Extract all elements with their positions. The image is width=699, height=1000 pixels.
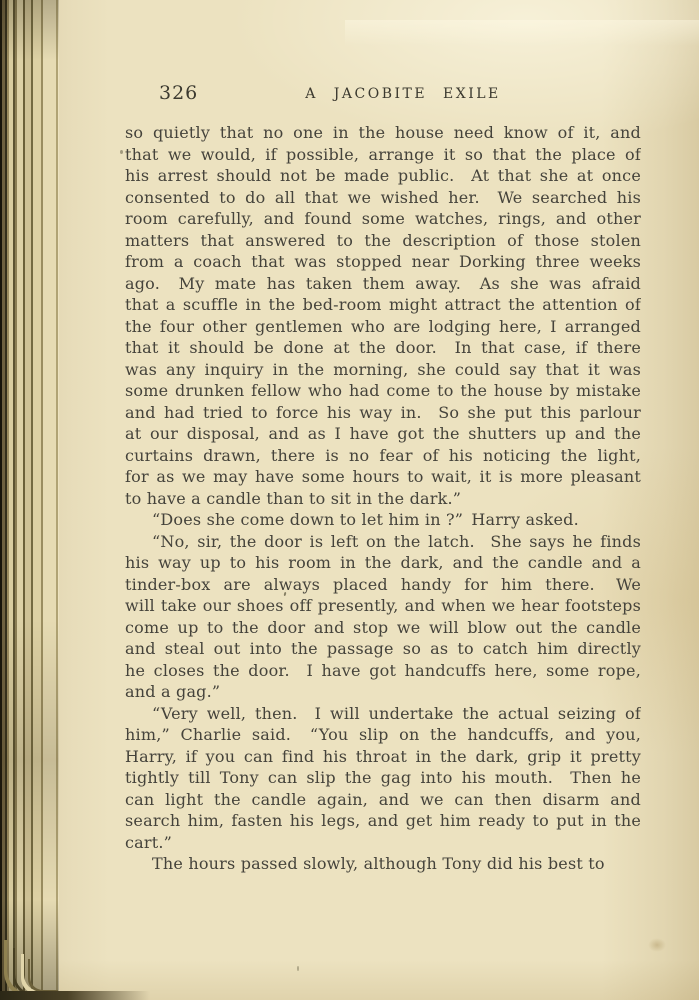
text-line: “Does she come down to let him in ?” Har… bbox=[125, 509, 641, 531]
text-line: room carefully, and found some watches, … bbox=[125, 208, 641, 230]
text-line: consented to do all that we wished her. … bbox=[125, 187, 641, 209]
paper-highlight bbox=[345, 20, 699, 46]
scanned-book-page: 326 A JACOBITE EXILE so quietly that no … bbox=[0, 0, 699, 1000]
text-line: from a coach that was stopped near Dorki… bbox=[125, 251, 641, 273]
running-header: 326 A JACOBITE EXILE bbox=[125, 82, 641, 106]
text-line: that we would, if possible, arrange it s… bbox=[125, 144, 641, 166]
text-line: him,” Charlie said. “You slip on the han… bbox=[125, 724, 641, 746]
text-line: Harry, if you can find his throat in the… bbox=[125, 746, 641, 768]
text-line: come up to the door and stop we will blo… bbox=[125, 617, 641, 639]
text-line: for as we may have some hours to wait, i… bbox=[125, 466, 641, 488]
text-line: and a gag.” bbox=[125, 681, 641, 703]
text-line: and steal out into the passage so as to … bbox=[125, 638, 641, 660]
paragraph: The hours passed slowly, although Tony d… bbox=[125, 853, 641, 875]
text-line: was any inquiry in the morning, she coul… bbox=[125, 359, 641, 381]
text-line: “Very well, then. I will undertake the a… bbox=[125, 703, 641, 725]
text-line: search him, fasten his legs, and get him… bbox=[125, 810, 641, 832]
text-line: The hours passed slowly, although Tony d… bbox=[125, 853, 641, 875]
paragraph: “Does she come down to let him in ?” Har… bbox=[125, 509, 641, 531]
text-line: curtains drawn, there is no fear of his … bbox=[125, 445, 641, 467]
text-line: at our disposal, and as I have got the s… bbox=[125, 423, 641, 445]
text-line: some drunken fellow who had come to the … bbox=[125, 380, 641, 402]
page-stack-corner bbox=[28, 959, 58, 992]
text-line: and had tried to force his way in. So sh… bbox=[125, 402, 641, 424]
text-line: that a scuffle in the bed-room might att… bbox=[125, 294, 641, 316]
scan-speck bbox=[297, 966, 299, 971]
text-block: so quietly that no one in the house need… bbox=[125, 122, 641, 875]
text-line: the four other gentlemen who are lodging… bbox=[125, 316, 641, 338]
scan-speck bbox=[120, 150, 123, 154]
page-bottom-edge bbox=[0, 991, 150, 1000]
text-line: so quietly that no one in the house need… bbox=[125, 122, 641, 144]
scan-smudge bbox=[648, 938, 666, 952]
paragraph: so quietly that no one in the house need… bbox=[125, 122, 641, 509]
text-line: cart.” bbox=[125, 832, 641, 854]
text-line: can light the candle again, and we can t… bbox=[125, 789, 641, 811]
text-line: his way up to his room in the dark, and … bbox=[125, 552, 641, 574]
text-line: matters that answered to the description… bbox=[125, 230, 641, 252]
text-line: to have a candle than to sit in the dark… bbox=[125, 488, 641, 510]
text-line: he closes the door. I have got handcuffs… bbox=[125, 660, 641, 682]
text-line: his arrest should not be made public. At… bbox=[125, 165, 641, 187]
text-line: tinder-box are always placed handy for h… bbox=[125, 574, 641, 596]
paragraph: “No, sir, the door is left on the latch.… bbox=[125, 531, 641, 703]
binding-shadow bbox=[0, 0, 59, 1000]
text-line: that it should be done at the door. In t… bbox=[125, 337, 641, 359]
running-title: A JACOBITE EXILE bbox=[145, 86, 661, 102]
text-line: will take our shoes off presently, and w… bbox=[125, 595, 641, 617]
text-line: ago. My mate has taken them away. As she… bbox=[125, 273, 641, 295]
paragraph: “Very well, then. I will undertake the a… bbox=[125, 703, 641, 854]
text-line: “No, sir, the door is left on the latch.… bbox=[125, 531, 641, 553]
text-line: tightly till Tony can slip the gag into … bbox=[125, 767, 641, 789]
